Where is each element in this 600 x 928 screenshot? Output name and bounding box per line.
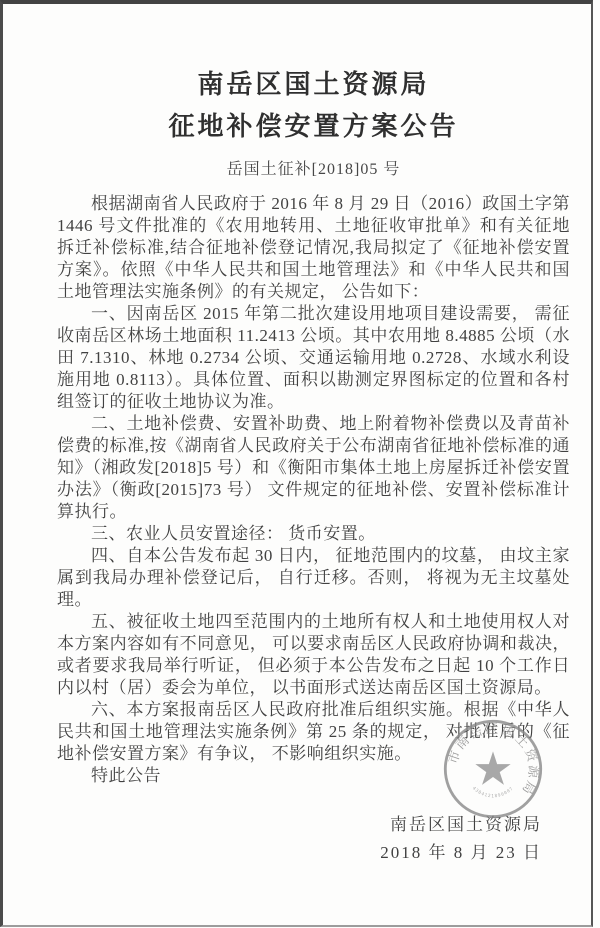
document-number: 岳国土征补[2018]05 号: [57, 156, 570, 179]
paragraph-item-2: 二、土地补偿费、安置补助费、地上附着物补偿费以及青苗补偿费的标准,按《湖南省人民…: [57, 413, 570, 523]
signature-block: 南岳区国土资源局 2018 年 8 月 23 日: [57, 811, 570, 867]
paragraph-item-1: 一、因南岳区 2015 年第二批次建设用地项目建设需要， 需征收南岳区林场土地面…: [57, 303, 570, 413]
signature-date: 2018 年 8 月 23 日: [57, 839, 542, 867]
title-line-1: 南岳区国土资源局: [57, 64, 570, 106]
paragraph-item-4: 四、自本公告发布起 30 日内， 征地范围内的坟墓， 由坟主家属到我局办理补偿登…: [57, 545, 570, 611]
signature-agency: 南岳区国土资源局: [57, 811, 542, 839]
document-content: 南岳区国土资源局 征地补偿安置方案公告 岳国土征补[2018]05 号 根据湖南…: [57, 64, 570, 867]
scanned-document-page: 南岳区国土资源局 征地补偿安置方案公告 岳国土征补[2018]05 号 根据湖南…: [0, 0, 600, 928]
document-body: 根据湖南省人民政府于 2016 年 8 月 29 日（2016）政国土字第 14…: [57, 193, 570, 787]
paragraph-item-5: 五、被征收土地四至范围内的土地所有权人和土地使用权人对本方案内容如有不同意见， …: [57, 611, 570, 699]
document-title: 南岳区国土资源局 征地补偿安置方案公告: [57, 64, 570, 148]
title-line-2: 征地补偿安置方案公告: [57, 106, 570, 148]
closing-phrase: 特此公告: [57, 765, 570, 787]
paragraph-item-3: 三、农业人员安置途径： 货币安置。: [57, 523, 570, 545]
paragraph-intro: 根据湖南省人民政府于 2016 年 8 月 29 日（2016）政国土字第 14…: [57, 193, 570, 303]
paragraph-item-6: 六、本方案报南岳区人民政府批准后组织实施。根据《中华人民共和国土地管理法实施条例…: [57, 699, 570, 765]
